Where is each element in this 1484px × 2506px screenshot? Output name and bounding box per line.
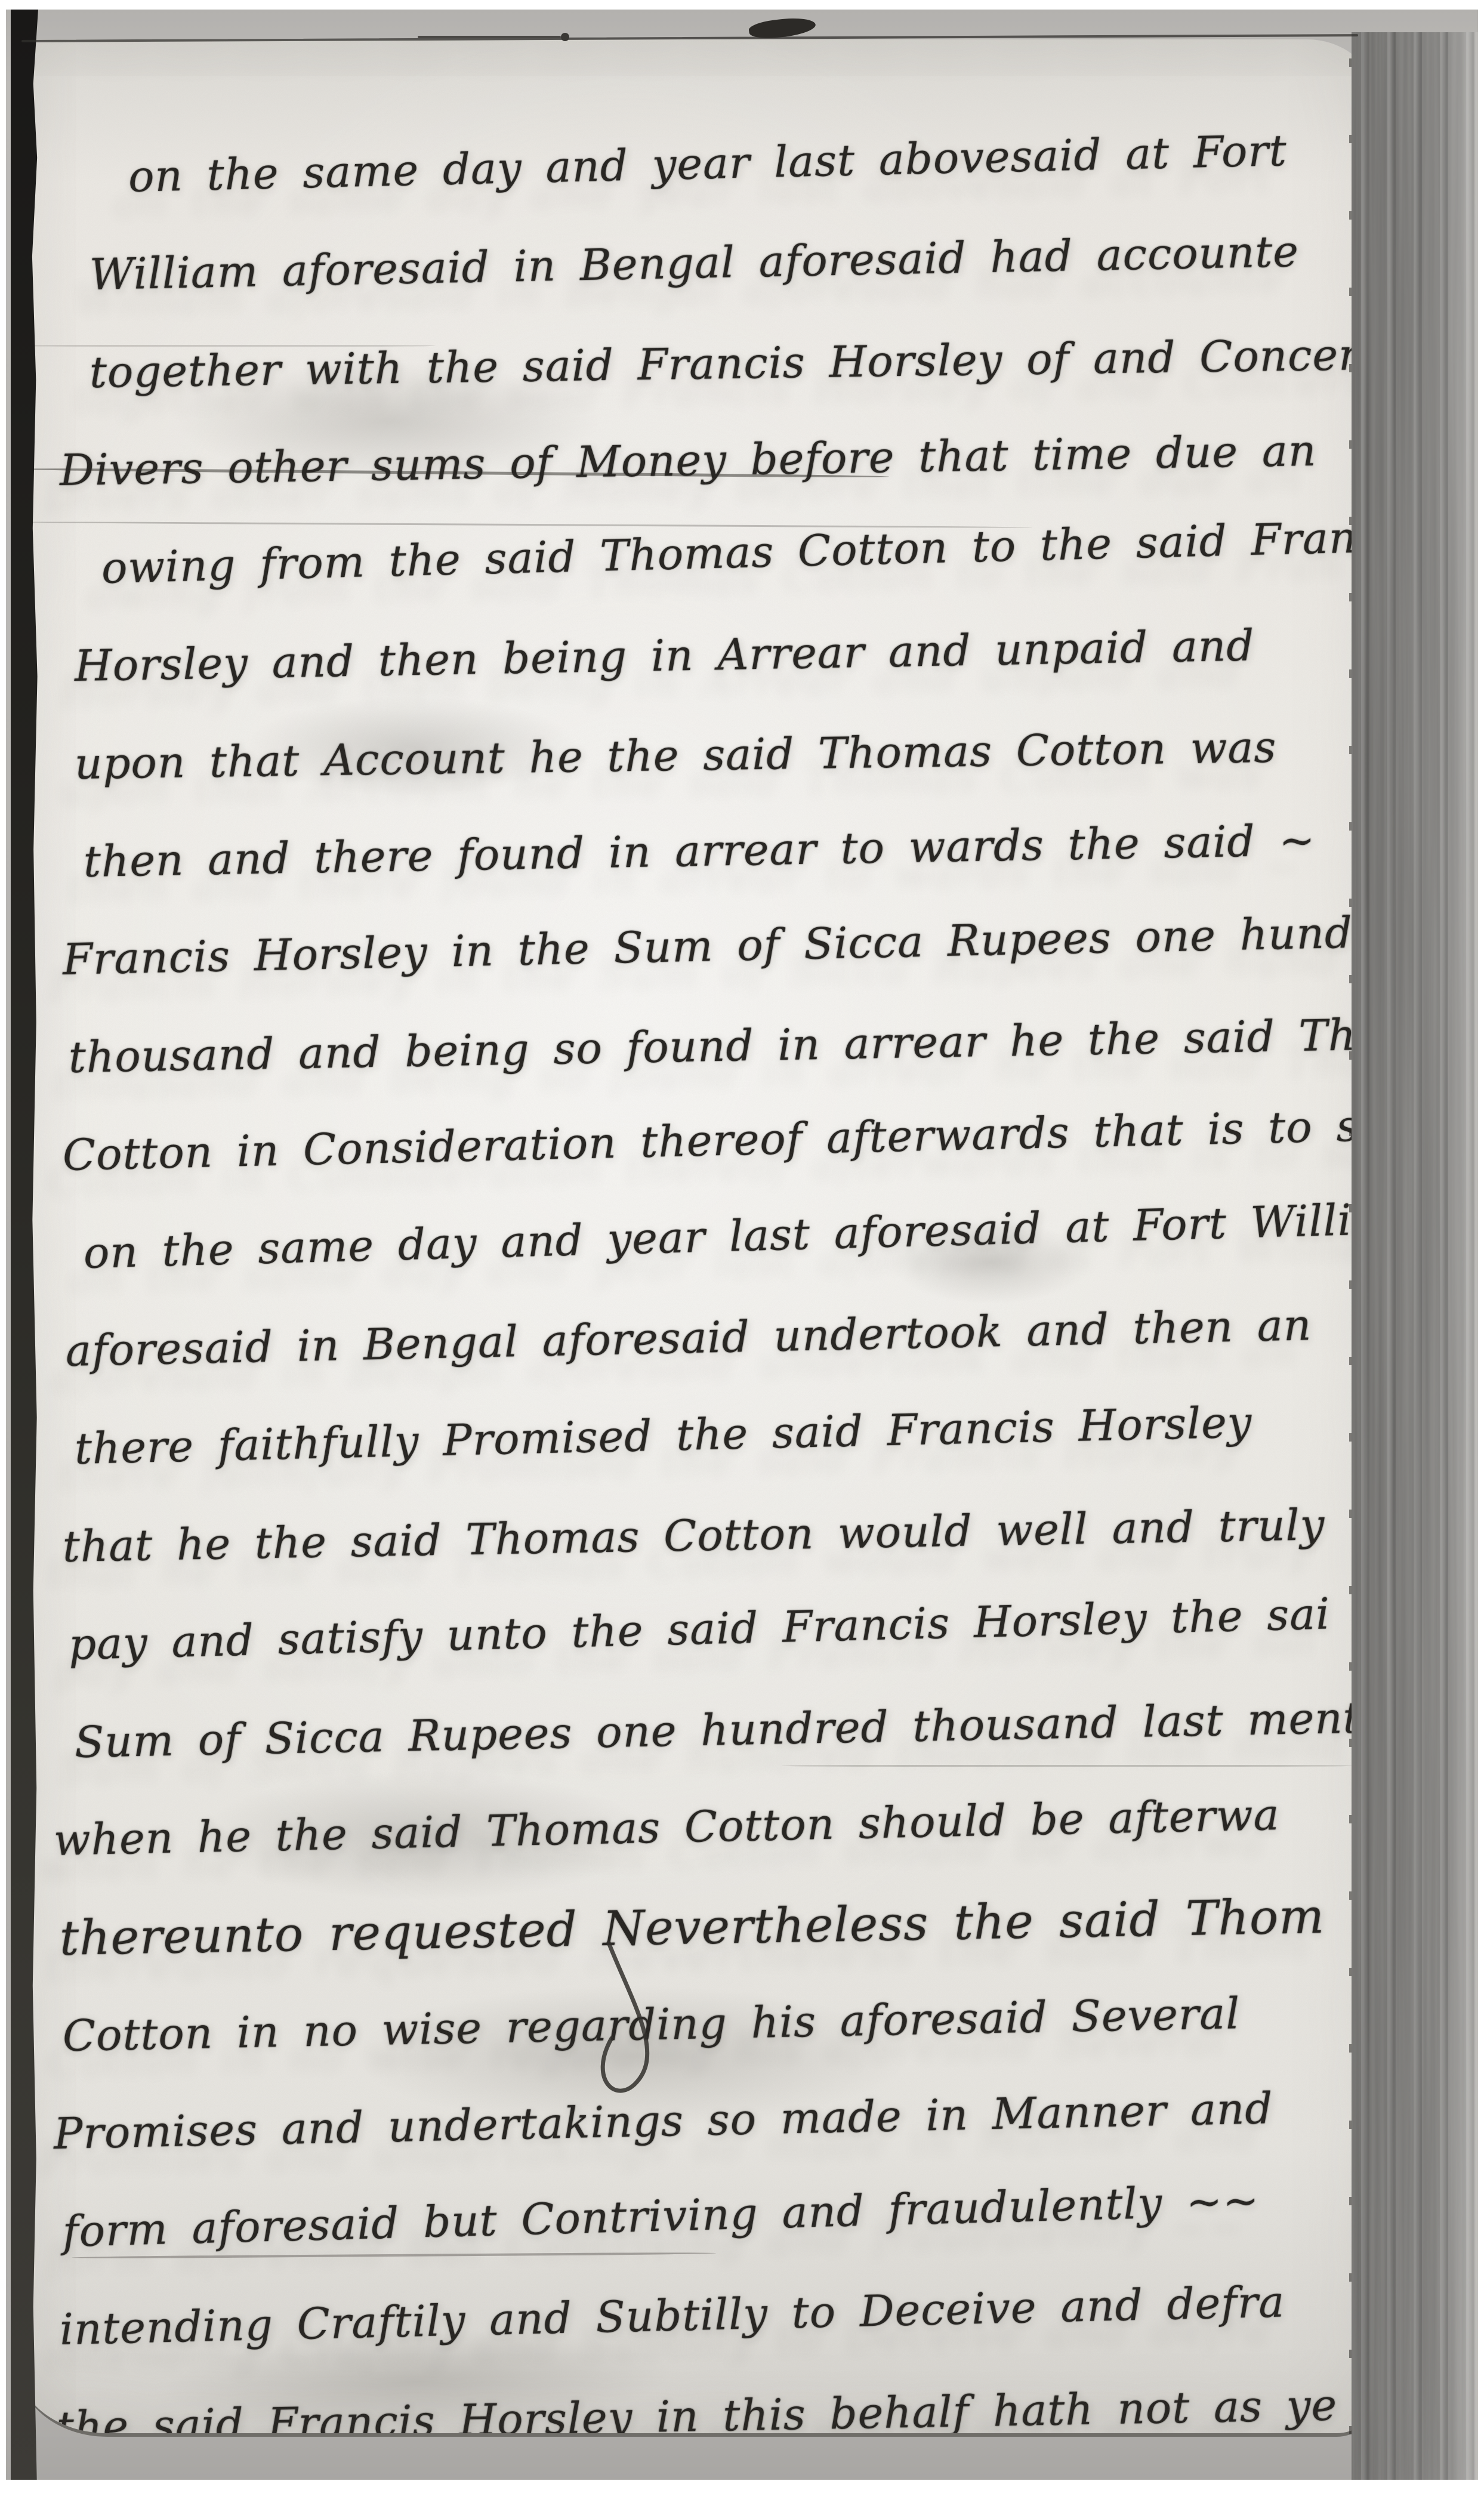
ink-dash-mark bbox=[418, 36, 561, 38]
binding-streak-texture bbox=[1352, 32, 1478, 2480]
scanned-document: on the same day and year last abovesaid … bbox=[6, 10, 1478, 2480]
binding-gutter bbox=[1352, 32, 1478, 2480]
manuscript-page: on the same day and year last abovesaid … bbox=[18, 39, 1372, 2437]
pen-flourish bbox=[567, 1937, 722, 2128]
